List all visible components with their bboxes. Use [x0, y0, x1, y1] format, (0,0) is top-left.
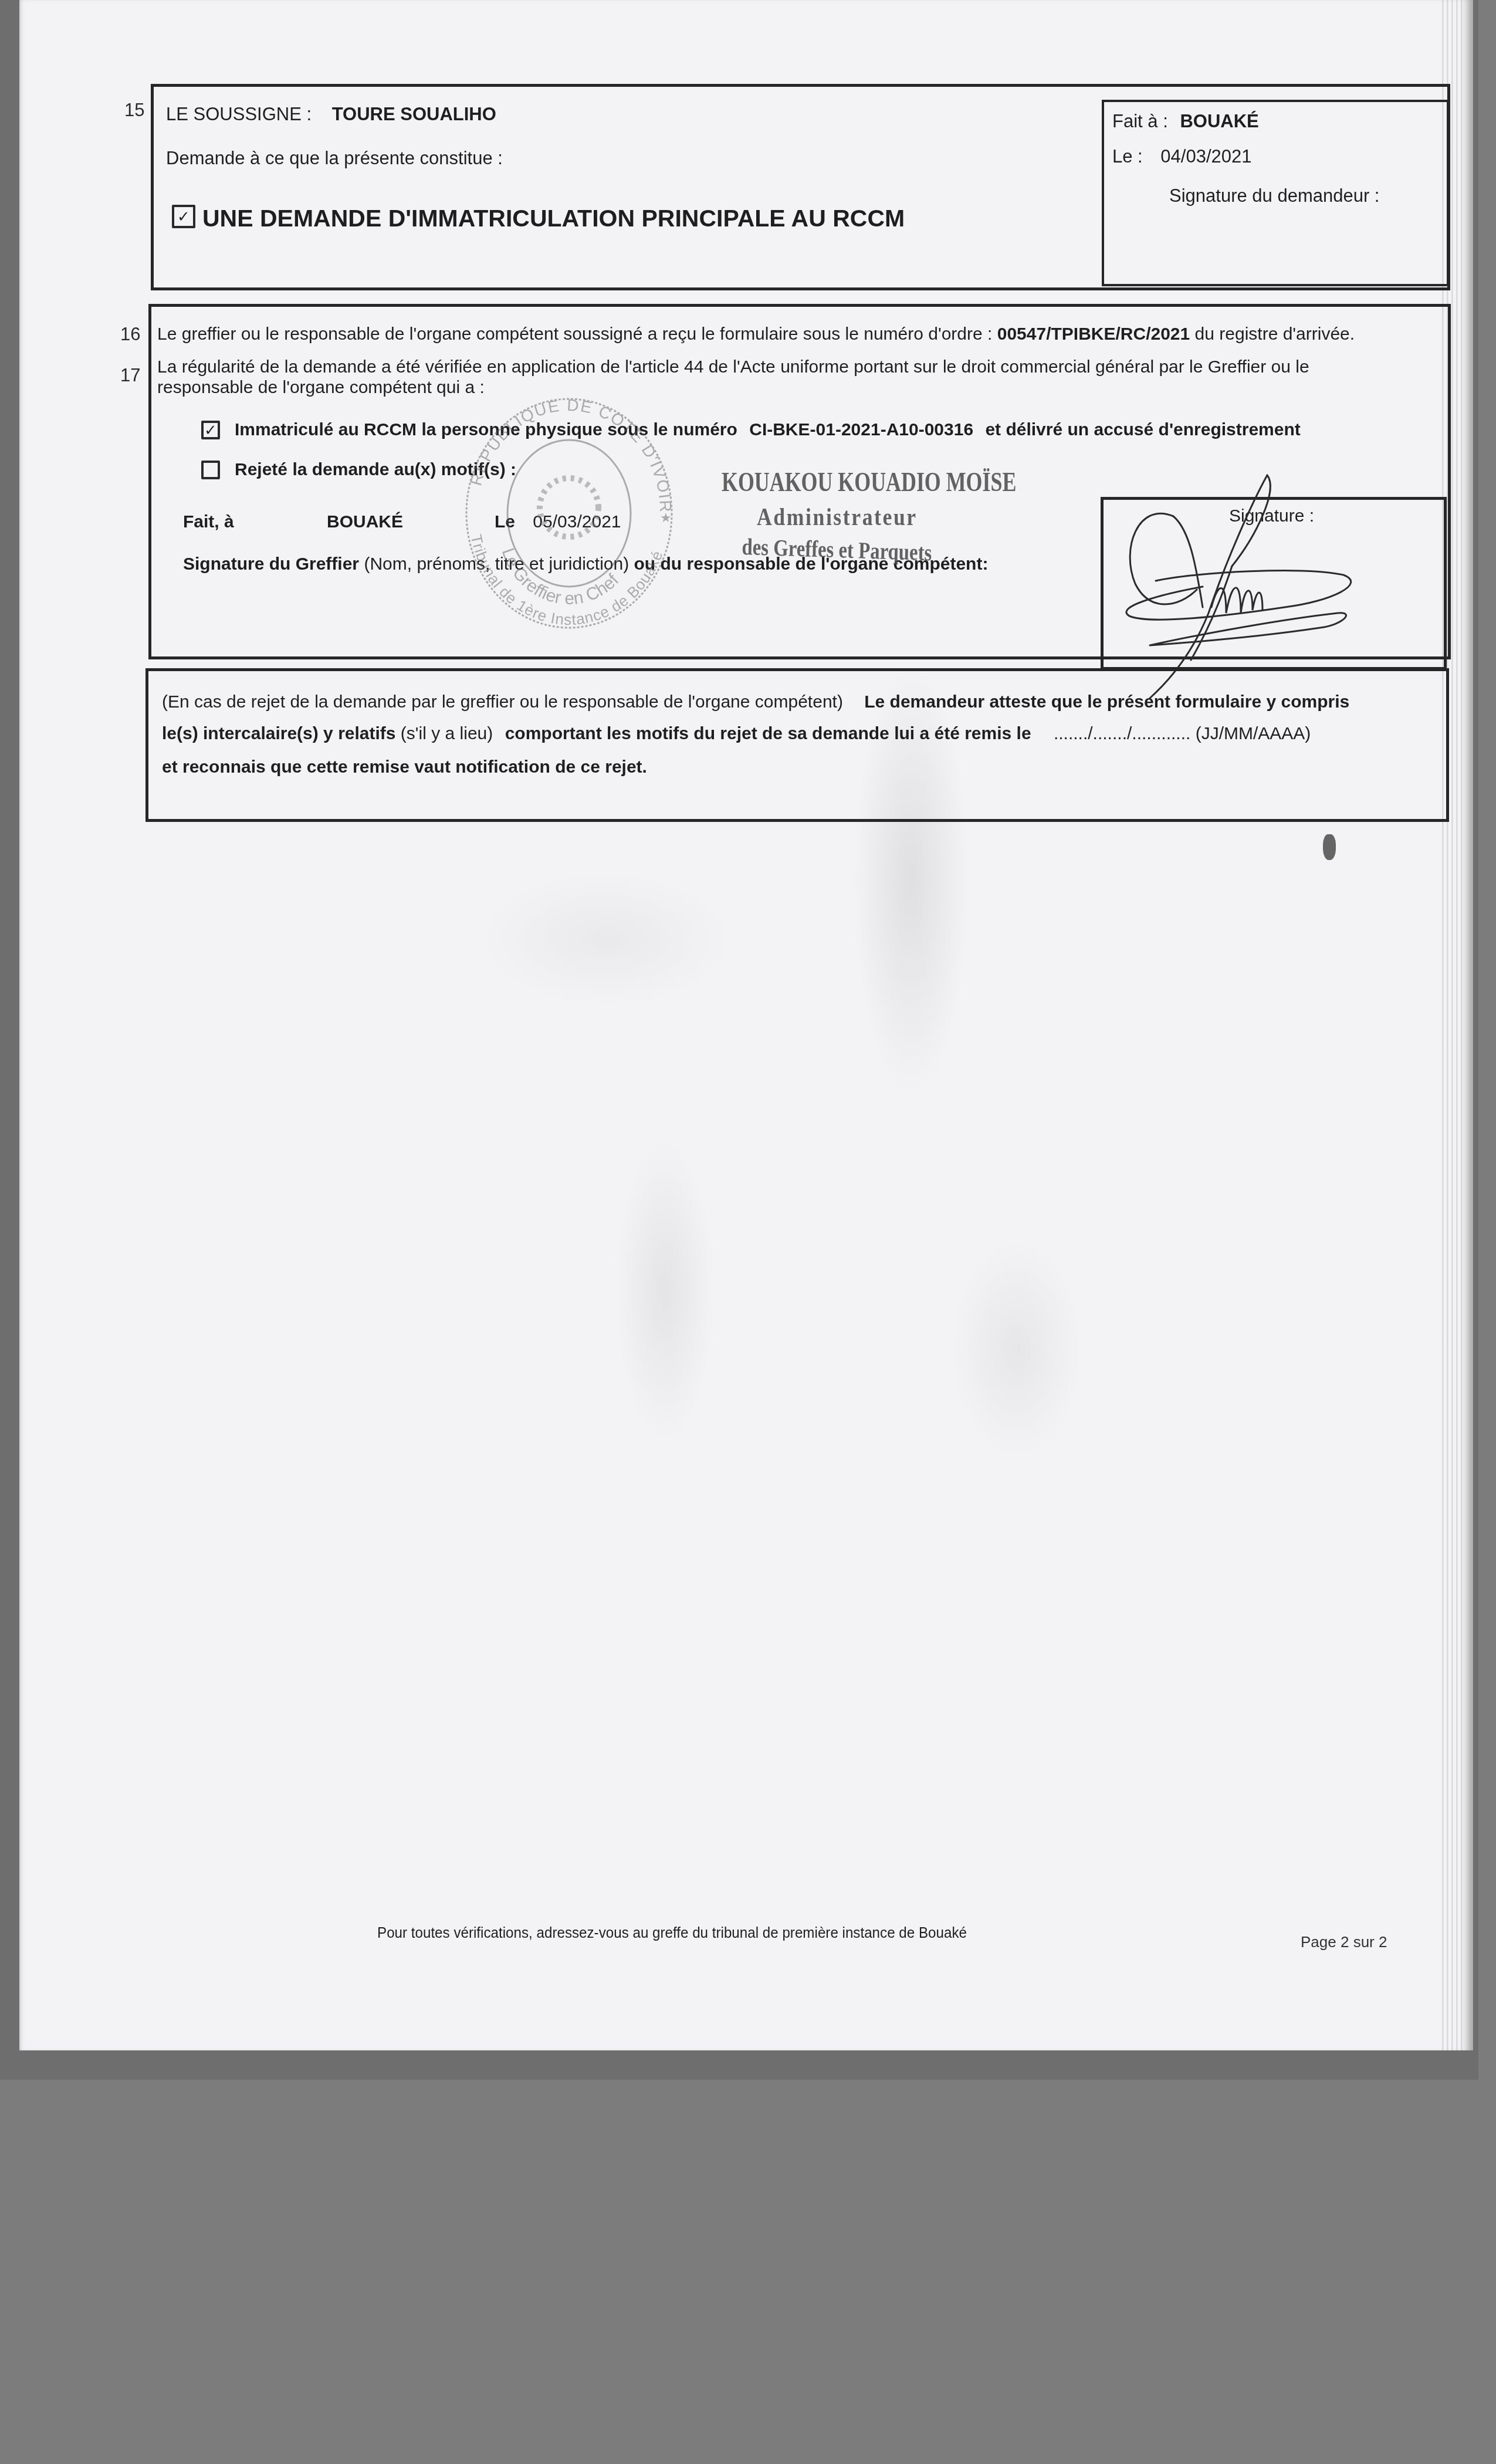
immatriculation-principale-checkbox[interactable]: ✓ [172, 205, 195, 228]
order-number: 00547/TPIBKE/RC/2021 [997, 324, 1190, 344]
line-number-16: 16 [120, 324, 140, 345]
signature-greffier-bold: Signature du Greffier [183, 554, 359, 574]
immatricule-label-suffix: et délivré un accusé d'enregistrement [985, 420, 1300, 439]
fait-a-value: BOUAKÉ [1180, 111, 1258, 131]
checkmark-icon: ✓ [177, 209, 190, 224]
line-number-17: 17 [120, 365, 140, 386]
rejection-line1: (En cas de rejet de la demande par le gr… [162, 692, 1349, 713]
rejection-date-format: (JJ/MM/AAAA) [1196, 724, 1311, 743]
svg-text:Tribunal de 1ère Instance de B: Tribunal de 1ère Instance de Bouaké [468, 533, 666, 628]
greffier-fait-a-value: BOUAKÉ [327, 512, 403, 533]
rejection-date-field[interactable]: ......./......./............ [1054, 724, 1190, 743]
svg-text:REPUBLIQUE DE COTE D'IVOIRE: REPUBLIQUE DE COTE D'IVOIRE [446, 375, 675, 513]
soussigne-line: LE SOUSSIGNE : TOURE SOUALIHO [166, 104, 496, 125]
demande-text: Demande à ce que la présente constitue : [166, 148, 503, 169]
reception-text-before: Le greffier ou le responsable de l'organ… [157, 324, 992, 344]
rejection-line2: le(s) intercalaire(s) y relatifs (s'il y… [162, 723, 1311, 744]
soussigne-name: TOURE SOUALIHO [332, 104, 496, 124]
rejete-checkbox[interactable] [201, 461, 220, 479]
checkmark-icon: ✓ [204, 422, 217, 438]
handwritten-signature [1109, 466, 1414, 701]
request-type-label: UNE DEMANDE D'IMMATRICULATION PRINCIPALE… [202, 205, 905, 231]
date-demandeur: Le : 04/03/2021 [1112, 146, 1252, 167]
soussigne-label: LE SOUSSIGNE : [166, 104, 312, 124]
greffier-fait-a-label: Fait, à [183, 512, 234, 533]
regularity-text-line2: responsable de l'organe compétent qui a … [157, 377, 485, 398]
immatricule-checkbox[interactable]: ✓ [201, 421, 220, 439]
le-value: 04/03/2021 [1160, 146, 1251, 167]
signature-demandeur-label: Signature du demandeur : [1169, 185, 1379, 207]
fait-a-label: Fait à : [1112, 111, 1168, 131]
regularity-text-line1: La régularité de la demande a été vérifi… [157, 357, 1309, 378]
footer-verification-text: Pour toutes vérifications, adressez-vous… [377, 1922, 967, 1943]
immatricule-option: Immatriculé au RCCM la personne physique… [235, 419, 1301, 441]
svg-text:★: ★ [660, 510, 672, 525]
ink-smudge [1323, 834, 1336, 860]
rccm-number: CI-BKE-01-2021-A10-00316 [749, 420, 973, 439]
seal-top-text: REPUBLIQUE DE COTE D'IVOIRE [446, 375, 675, 513]
stamp-name: KOUAKOU KOUADIO MOÏSE [722, 466, 1016, 497]
reception-text: Le greffier ou le responsable de l'organ… [157, 324, 1355, 345]
reception-text-after: du registre d'arrivée. [1195, 324, 1355, 344]
fait-a-demandeur: Fait à : BOUAKÉ [1112, 111, 1259, 132]
le-label: Le : [1112, 146, 1143, 167]
seal-bottom-text: Tribunal de 1ère Instance de Bouaké [468, 533, 666, 628]
rejection-line2-bold-b: comportant les motifs du rejet de sa dem… [505, 724, 1031, 743]
rejection-line3: et reconnais que cette remise vaut notif… [162, 757, 647, 778]
rejection-line2-bold-a: le(s) intercalaire(s) y relatifs [162, 724, 396, 743]
line-number-15: 15 [124, 100, 144, 121]
page-indicator: Page 2 sur 2 [1301, 1931, 1387, 1952]
rejection-line1-normal: (En cas de rejet de la demande par le gr… [162, 692, 843, 712]
official-round-seal: REPUBLIQUE DE COTE D'IVOIRE Tribunal de … [446, 375, 692, 645]
stamp-title-line1: Administrateur [757, 503, 918, 532]
rejection-line2-normal: (s'il y a lieu) [401, 724, 493, 743]
rejection-line1-bold: Le demandeur atteste que le présent form… [864, 692, 1349, 712]
